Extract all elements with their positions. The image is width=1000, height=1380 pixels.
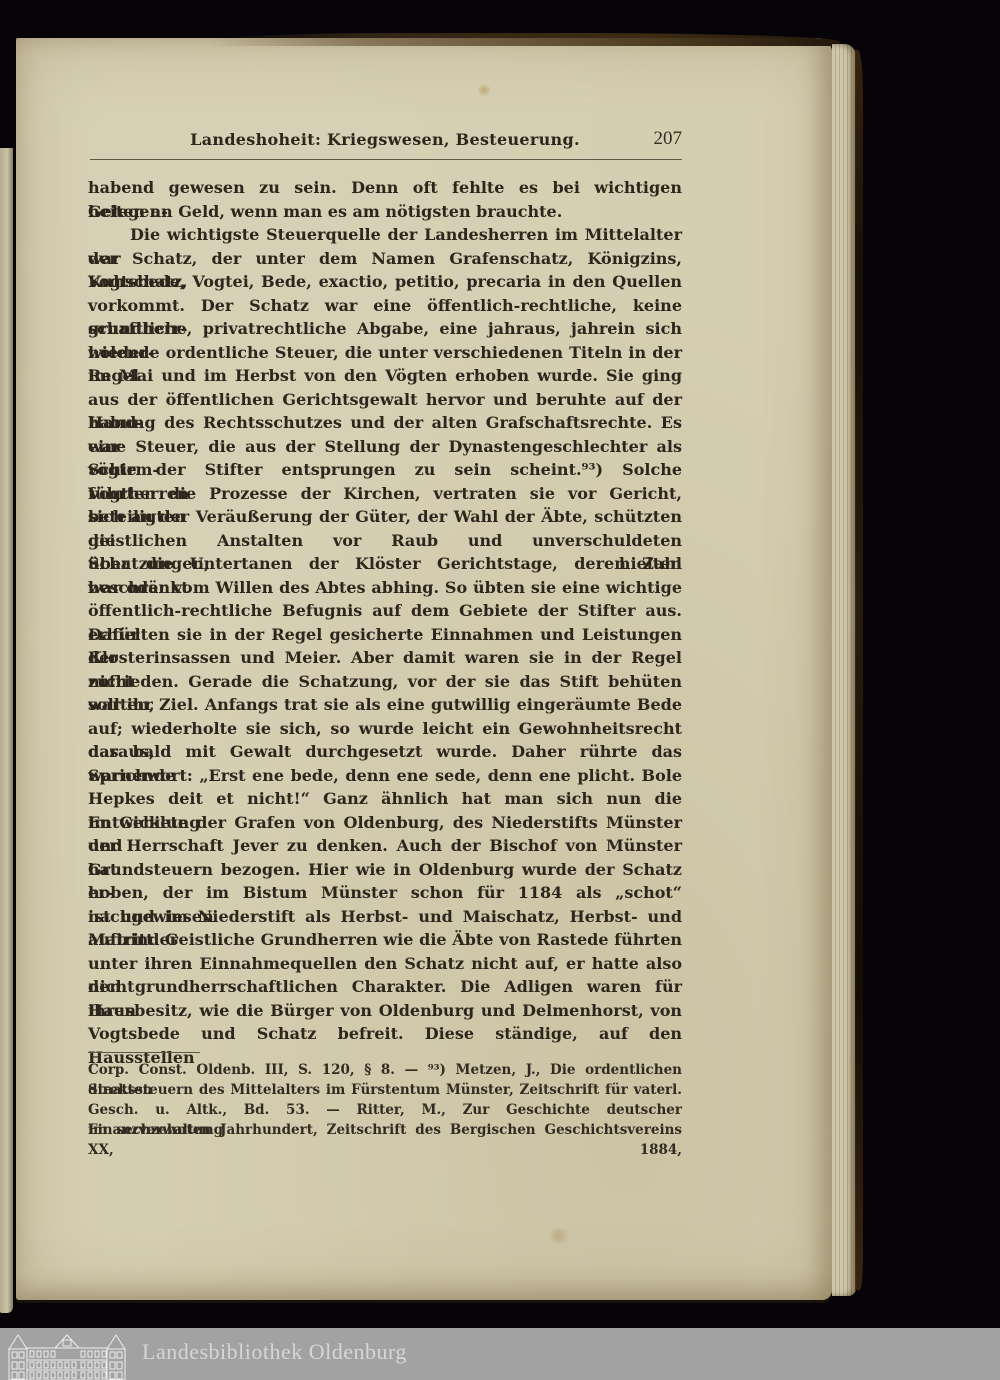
body-text-line: Klosterinsassen und Meier. Aber damit wa…	[88, 646, 682, 670]
body-text-line: ist und im Niederstift als Herbst- und M…	[88, 905, 682, 929]
body-text-line: vögte der Stifter entsprungen zu sein sc…	[88, 458, 682, 482]
body-text-line: im Mai und im Herbst von den Vögten erho…	[88, 364, 682, 388]
text-column: Landeshoheit: Kriegswesen, Besteuerung. …	[88, 38, 682, 1300]
book-page: Landeshoheit: Kriegswesen, Besteuerung. …	[16, 38, 832, 1300]
footnote-line: Corp. Const. Oldenb. III, S. 120, § 8. —…	[88, 1060, 682, 1080]
body-text-line: über die Untertanen der Klöster Gerichts…	[88, 552, 682, 576]
footnote-separator	[88, 1052, 200, 1053]
body-text-line: das bald mit Gewalt durchgesetzt wurde. …	[88, 740, 682, 764]
body-text-line: war oder vom Willen des Abtes abhing. So…	[88, 576, 682, 600]
body-text-line: eine Steuer, die aus der Stellung der Dy…	[88, 435, 682, 459]
body-text-block: habend gewesen zu sein. Denn oft fehlte …	[88, 176, 682, 1046]
body-text-line: Grundsteuern bezogen. Hier wie in Oldenb…	[88, 858, 682, 882]
body-text-line: aus der öffentlichen Gerichtsgewalt herv…	[88, 388, 682, 412]
body-text-line: erhielten sie in der Regel gesicherte Ei…	[88, 623, 682, 647]
body-text-line: der Schatz, der unter dem Namen Grafensc…	[88, 247, 682, 271]
footnote-line: Gesch. u. Altk., Bd. 53. — Ritter, M., Z…	[88, 1100, 682, 1120]
body-text-line: Sprichwort: „Erst ene bede, denn ene sed…	[88, 764, 682, 788]
body-text-line: zufrieden. Gerade die Schatzung, vor der…	[88, 670, 682, 694]
body-text-line: Hepkes deit et nicht!“ Ganz ähnlich hat …	[88, 787, 682, 811]
library-footer-band: Landesbibliothek Oldenburg	[0, 1328, 1000, 1380]
body-text-line: unter ihren Einnahmequellen den Schatz n…	[88, 952, 682, 976]
body-text-line: sich an der Veräußerung der Güter, der W…	[88, 505, 682, 529]
footnote-line: im sechzehnten Jahrhundert, Zeitschrift …	[88, 1120, 682, 1140]
body-text-line: habend gewesen zu sein. Denn oft fehlte …	[88, 176, 682, 200]
body-text-line: Vogtsbede und Schatz befreit. Diese stän…	[88, 1022, 682, 1046]
body-text-line: Hausbesitz, wie die Bürger von Oldenburg…	[88, 999, 682, 1023]
body-text-line: den grundherrschaftlichen Charakter. Die…	[88, 975, 682, 999]
library-name: Landesbibliothek Oldenburg	[142, 1339, 407, 1365]
adjacent-page-edge	[0, 148, 13, 1313]
running-header: Landeshoheit: Kriegswesen, Besteuerung. …	[88, 130, 682, 156]
library-building-icon	[6, 1332, 128, 1380]
body-text-line: der Herrschaft Jever zu denken. Auch der…	[88, 834, 682, 858]
body-text-line: hoben, der im Bistum Münster schon für 1…	[88, 881, 682, 905]
body-text-line: schaftliche, privatrechtliche Abgabe, ei…	[88, 317, 682, 341]
running-header-title: Landeshoheit: Kriegswesen, Besteuerung.	[88, 130, 682, 149]
body-text-line: holende ordentliche Steuer, die unter ve…	[88, 341, 682, 365]
body-text-line: im Gebiete der Grafen von Oldenburg, des…	[88, 811, 682, 835]
body-text-line: Vogtsbede, Vogtei, Bede, exactio, petiti…	[88, 270, 682, 294]
body-text-line: auf; wiederholte sie sich, so wurde leic…	[88, 717, 682, 741]
body-text-line: war ihr Ziel. Anfangs trat sie als eine …	[88, 693, 682, 717]
footnote-line: Staatssteuern des Mittelalters im Fürste…	[88, 1080, 682, 1100]
body-text-line: habung des Rechtsschutzes und der alten …	[88, 411, 682, 435]
body-text-line: geistlichen Anstalten vor Raub und unver…	[88, 529, 682, 553]
header-rule	[90, 159, 682, 160]
body-text-line: vorkommt. Der Schatz war eine öffentlich…	[88, 294, 682, 318]
body-text-line: öffentlich-rechtliche Befugnis auf dem G…	[88, 599, 682, 623]
body-text-line: auftritt. Geistliche Grundherren wie die…	[88, 928, 682, 952]
scan-viewport: Landeshoheit: Kriegswesen, Besteuerung. …	[0, 0, 1000, 1380]
book-fore-edge	[832, 44, 856, 1296]
body-text-line: heiten an Geld, wenn man es am nötigsten…	[88, 200, 682, 224]
footnote-block: Corp. Const. Oldenb. III, S. 120, § 8. —…	[88, 1060, 682, 1140]
body-text-line: führten die Prozesse der Kirchen, vertra…	[88, 482, 682, 506]
body-text-line: Die wichtigste Steuerquelle der Landeshe…	[88, 223, 682, 247]
page-number: 207	[654, 128, 683, 150]
